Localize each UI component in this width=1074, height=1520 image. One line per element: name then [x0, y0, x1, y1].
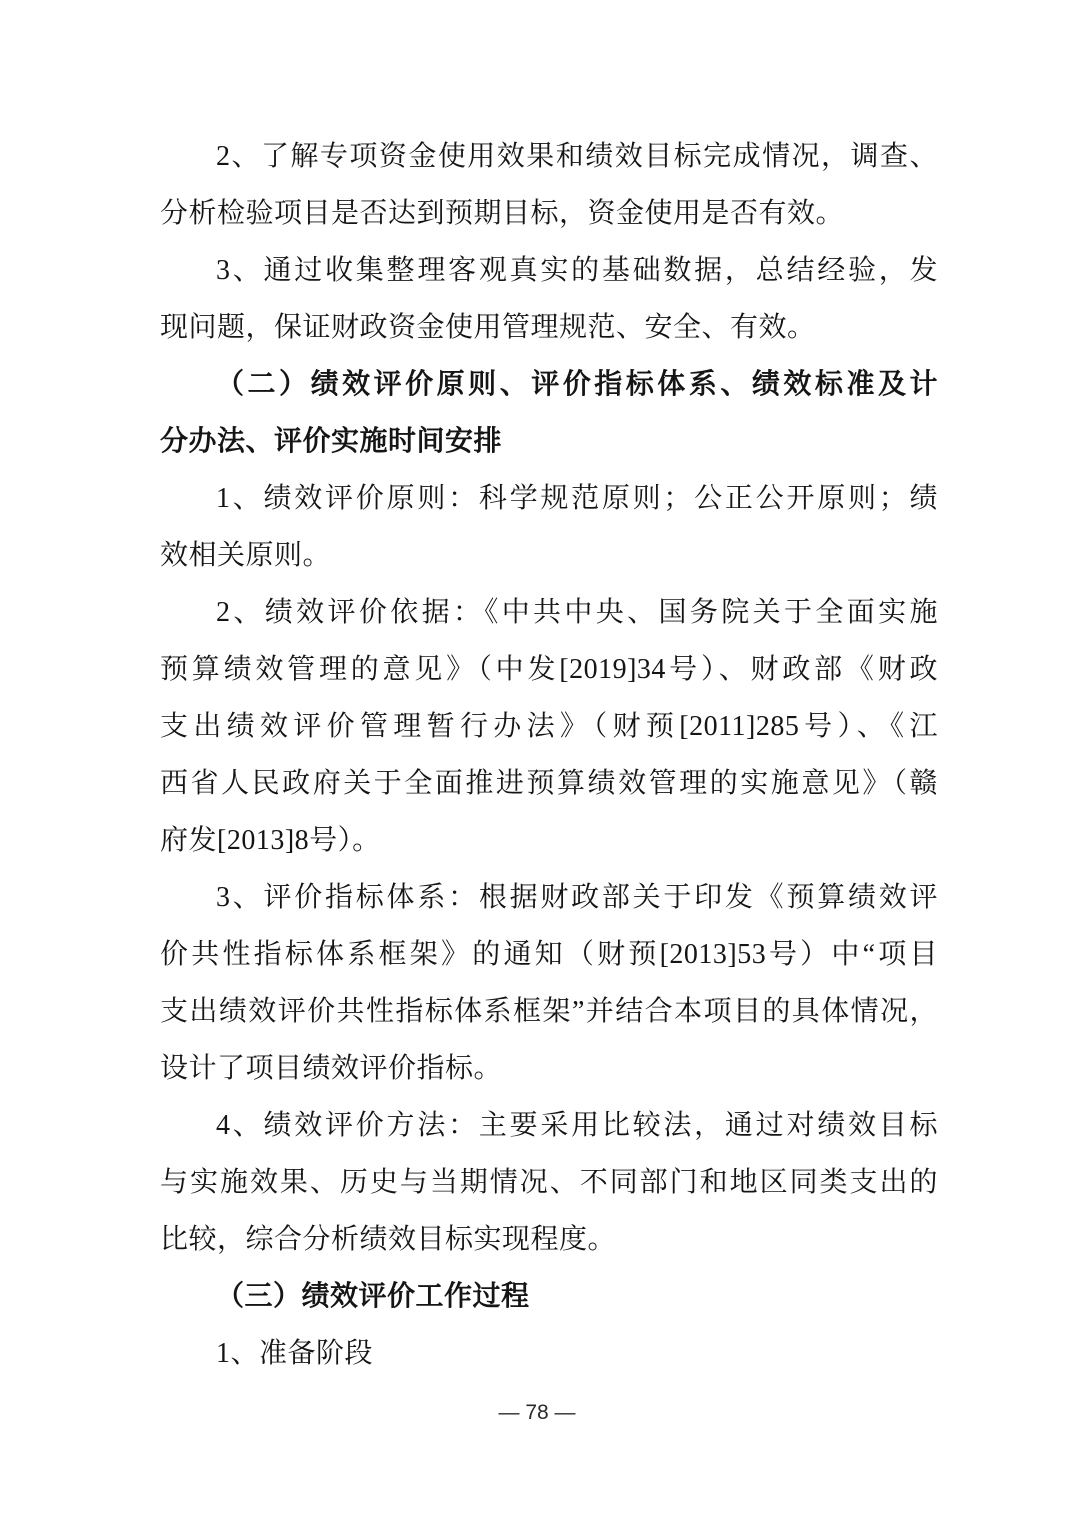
- body-paragraph: 1、准备阶段: [160, 1325, 938, 1382]
- text-line: 分办法、评价实施时间安排: [160, 413, 938, 470]
- text-line: 设计了项目绩效评价指标。: [160, 1040, 938, 1097]
- document-body: 2、了解专项资金使用效果和绩效目标完成情况，调查、分析检验项目是否达到预期目标，…: [160, 128, 938, 1382]
- text-line: 3、通过收集整理客观真实的基础数据，总结经验，发: [160, 242, 938, 299]
- text-line: 预算绩效管理的意见》（中发[2019]34号）、财政部《财政: [160, 641, 938, 698]
- text-line: 4、绩效评价方法：主要采用比较法，通过对绩效目标: [160, 1097, 938, 1154]
- text-line: （二）绩效评价原则、评价指标体系、绩效标准及计: [160, 356, 938, 413]
- body-paragraph: 2、绩效评价依据：《中共中央、国务院关于全面实施预算绩效管理的意见》（中发[20…: [160, 584, 938, 869]
- text-line: 3、评价指标体系：根据财政部关于印发《预算绩效评: [160, 869, 938, 926]
- text-line: 1、绩效评价原则：科学规范原则；公正公开原则；绩: [160, 470, 938, 527]
- text-line: 比较，综合分析绩效目标实现程度。: [160, 1211, 938, 1268]
- body-paragraph: 3、评价指标体系：根据财政部关于印发《预算绩效评价共性指标体系框架》的通知（财预…: [160, 869, 938, 1097]
- heading-paragraph: （三）绩效评价工作过程: [160, 1268, 938, 1325]
- text-line: 支出绩效评价管理暂行办法》（财预[2011]285号）、《江: [160, 698, 938, 755]
- page-footer: — 78 —: [0, 1398, 1074, 1428]
- body-paragraph: 2、了解专项资金使用效果和绩效目标完成情况，调查、分析检验项目是否达到预期目标，…: [160, 128, 938, 242]
- text-line: 支出绩效评价共性指标体系框架”并结合本项目的具体情况，: [160, 983, 938, 1040]
- text-line: 分析检验项目是否达到预期目标，资金使用是否有效。: [160, 185, 938, 242]
- text-line: 1、准备阶段: [160, 1325, 938, 1382]
- body-paragraph: 4、绩效评价方法：主要采用比较法，通过对绩效目标与实施效果、历史与当期情况、不同…: [160, 1097, 938, 1268]
- heading-paragraph: （二）绩效评价原则、评价指标体系、绩效标准及计分办法、评价实施时间安排: [160, 356, 938, 470]
- text-line: 现问题，保证财政资金使用管理规范、安全、有效。: [160, 299, 938, 356]
- text-line: 价共性指标体系框架》的通知（财预[2013]53号）中“项目: [160, 926, 938, 983]
- text-line: 效相关原则。: [160, 527, 938, 584]
- text-line: 西省人民政府关于全面推进预算绩效管理的实施意见》（赣: [160, 755, 938, 812]
- text-line: 府发[2013]8号）。: [160, 812, 938, 869]
- body-paragraph: 3、通过收集整理客观真实的基础数据，总结经验，发现问题，保证财政资金使用管理规范…: [160, 242, 938, 356]
- page-number: — 78 —: [498, 1401, 575, 1424]
- text-line: 2、了解专项资金使用效果和绩效目标完成情况，调查、: [160, 128, 938, 185]
- text-line: 与实施效果、历史与当期情况、不同部门和地区同类支出的: [160, 1154, 938, 1211]
- text-line: 2、绩效评价依据：《中共中央、国务院关于全面实施: [160, 584, 938, 641]
- body-paragraph: 1、绩效评价原则：科学规范原则；公正公开原则；绩效相关原则。: [160, 470, 938, 584]
- text-line: （三）绩效评价工作过程: [160, 1268, 938, 1325]
- document-page: 2、了解专项资金使用效果和绩效目标完成情况，调查、分析检验项目是否达到预期目标，…: [0, 0, 1074, 1520]
